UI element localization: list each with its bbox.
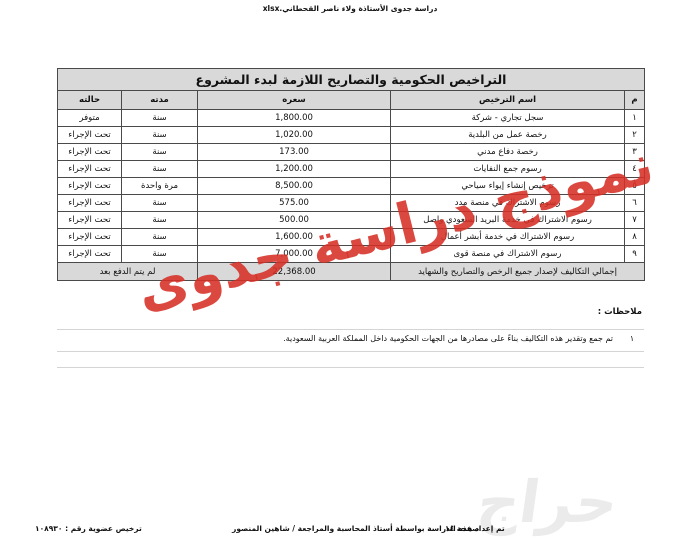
table-row: ٩ رسوم الاشتراك في منصة قوى 7,000.00 سنة…	[58, 246, 645, 263]
cell-price: 1,200.00	[198, 161, 391, 178]
cell-duration: سنة	[122, 144, 198, 161]
header-price: سعره	[198, 91, 391, 110]
notes-heading: ملاحظات :	[598, 307, 642, 317]
total-payment-status: لم يتم الدفع بعد	[58, 263, 198, 281]
total-label: إجمالي التكاليف لإصدار جميع الرخص والتصا…	[391, 263, 645, 281]
cell-status: تحت الإجراء	[58, 127, 122, 144]
cell-price: 500.00	[198, 212, 391, 229]
document-filename: دراسة جدوى الأستاذة ولاء ناصر القحطاني.x…	[263, 4, 438, 13]
notes-divider	[57, 329, 644, 330]
cell-duration: سنة	[122, 110, 198, 127]
note-item: ١ تم جمع وتقدير هذه التكاليف بناءً على م…	[57, 334, 637, 343]
cell-name: رخصة دفاع مدني	[391, 144, 625, 161]
cell-name: رسوم الاشتراك في خدمة البريد السعودي واص…	[391, 212, 625, 229]
cell-status: تحت الإجراء	[58, 144, 122, 161]
table-row: ٧ رسوم الاشتراك في خدمة البريد السعودي و…	[58, 212, 645, 229]
cell-num: ٦	[625, 195, 645, 212]
table-row: ٣ رخصة دفاع مدني 173.00 سنة تحت الإجراء	[58, 144, 645, 161]
table-title-row: التراخيص الحكومية والتصاريح اللازمة لبدء…	[58, 69, 645, 91]
table-total-row: إجمالي التكاليف لإصدار جميع الرخص والتصا…	[58, 263, 645, 281]
cell-status: تحت الإجراء	[58, 195, 122, 212]
cell-num: ٢	[625, 127, 645, 144]
cell-status: تحت الإجراء	[58, 229, 122, 246]
cell-price: 8,500.00	[198, 178, 391, 195]
cell-duration: مرة واحدة	[122, 178, 198, 195]
table-row: ١ سجل تجاري - شركة 1,800.00 سنة متوفر	[58, 110, 645, 127]
cell-status: تحت الإجراء	[58, 246, 122, 263]
cell-price: 1,600.00	[198, 229, 391, 246]
cell-price: 7,000.00	[198, 246, 391, 263]
cell-status: تحت الإجراء	[58, 178, 122, 195]
notes-divider	[57, 367, 644, 368]
table-row: ٤ رسوم جمع النفايات 1,200.00 سنة تحت الإ…	[58, 161, 645, 178]
cell-name: ترخيص إنشاء إيواء سياحي	[391, 178, 625, 195]
note-number: ١	[627, 334, 637, 343]
cell-name: رسوم الاشتراك في منصة مدد	[391, 195, 625, 212]
header-name: اسم الترخيص	[391, 91, 625, 110]
cell-duration: سنة	[122, 195, 198, 212]
cell-status: تحت الإجراء	[58, 212, 122, 229]
cell-price: 173.00	[198, 144, 391, 161]
cell-duration: سنة	[122, 127, 198, 144]
table-row: ٦ رسوم الاشتراك في منصة مدد 575.00 سنة ت…	[58, 195, 645, 212]
header-status: حالته	[58, 91, 122, 110]
cell-num: ٧	[625, 212, 645, 229]
cell-price: 1,020.00	[198, 127, 391, 144]
document-page: دراسة جدوى الأستاذة ولاء ناصر القحطاني.x…	[0, 0, 700, 541]
cell-num: ٣	[625, 144, 645, 161]
note-text: تم جمع وتقدير هذه التكاليف بناءً على مصا…	[283, 334, 613, 343]
cell-num: ٨	[625, 229, 645, 246]
cell-price: 575.00	[198, 195, 391, 212]
cell-duration: سنة	[122, 246, 198, 263]
table-header-row: م اسم الترخيص سعره مدته حالته	[58, 91, 645, 110]
cell-duration: سنة	[122, 212, 198, 229]
cell-status: تحت الإجراء	[58, 161, 122, 178]
cell-name: رسوم جمع النفايات	[391, 161, 625, 178]
total-price: 22,368.00	[198, 263, 391, 281]
cell-num: ٤	[625, 161, 645, 178]
cell-duration: سنة	[122, 161, 198, 178]
header-duration: مدته	[122, 91, 198, 110]
cell-name: رسوم الاشتراك في منصة قوى	[391, 246, 625, 263]
footer-page-number: صفحة ١٤	[445, 524, 479, 533]
table-row: ٨ رسوم الاشتراك في خدمة أبشر أعمال 1,600…	[58, 229, 645, 246]
table-row: ٢ رخصة عمل من البلدية 1,020.00 سنة تحت ا…	[58, 127, 645, 144]
footer-membership-license: ترخيص عضوية رقم : ١٠٨٩٣٠	[35, 524, 142, 533]
cell-duration: سنة	[122, 229, 198, 246]
cell-name: رسوم الاشتراك في خدمة أبشر أعمال	[391, 229, 625, 246]
header-num: م	[625, 91, 645, 110]
table-title: التراخيص الحكومية والتصاريح اللازمة لبدء…	[58, 69, 645, 91]
cell-status: متوفر	[58, 110, 122, 127]
cell-price: 1,800.00	[198, 110, 391, 127]
licenses-table: التراخيص الحكومية والتصاريح اللازمة لبدء…	[57, 68, 645, 281]
notes-divider	[57, 351, 644, 352]
cell-num: ٩	[625, 246, 645, 263]
cell-num: ١	[625, 110, 645, 127]
cell-name: سجل تجاري - شركة	[391, 110, 625, 127]
cell-num: ٥	[625, 178, 645, 195]
table-row: ٥ ترخيص إنشاء إيواء سياحي 8,500.00 مرة و…	[58, 178, 645, 195]
cell-name: رخصة عمل من البلدية	[391, 127, 625, 144]
